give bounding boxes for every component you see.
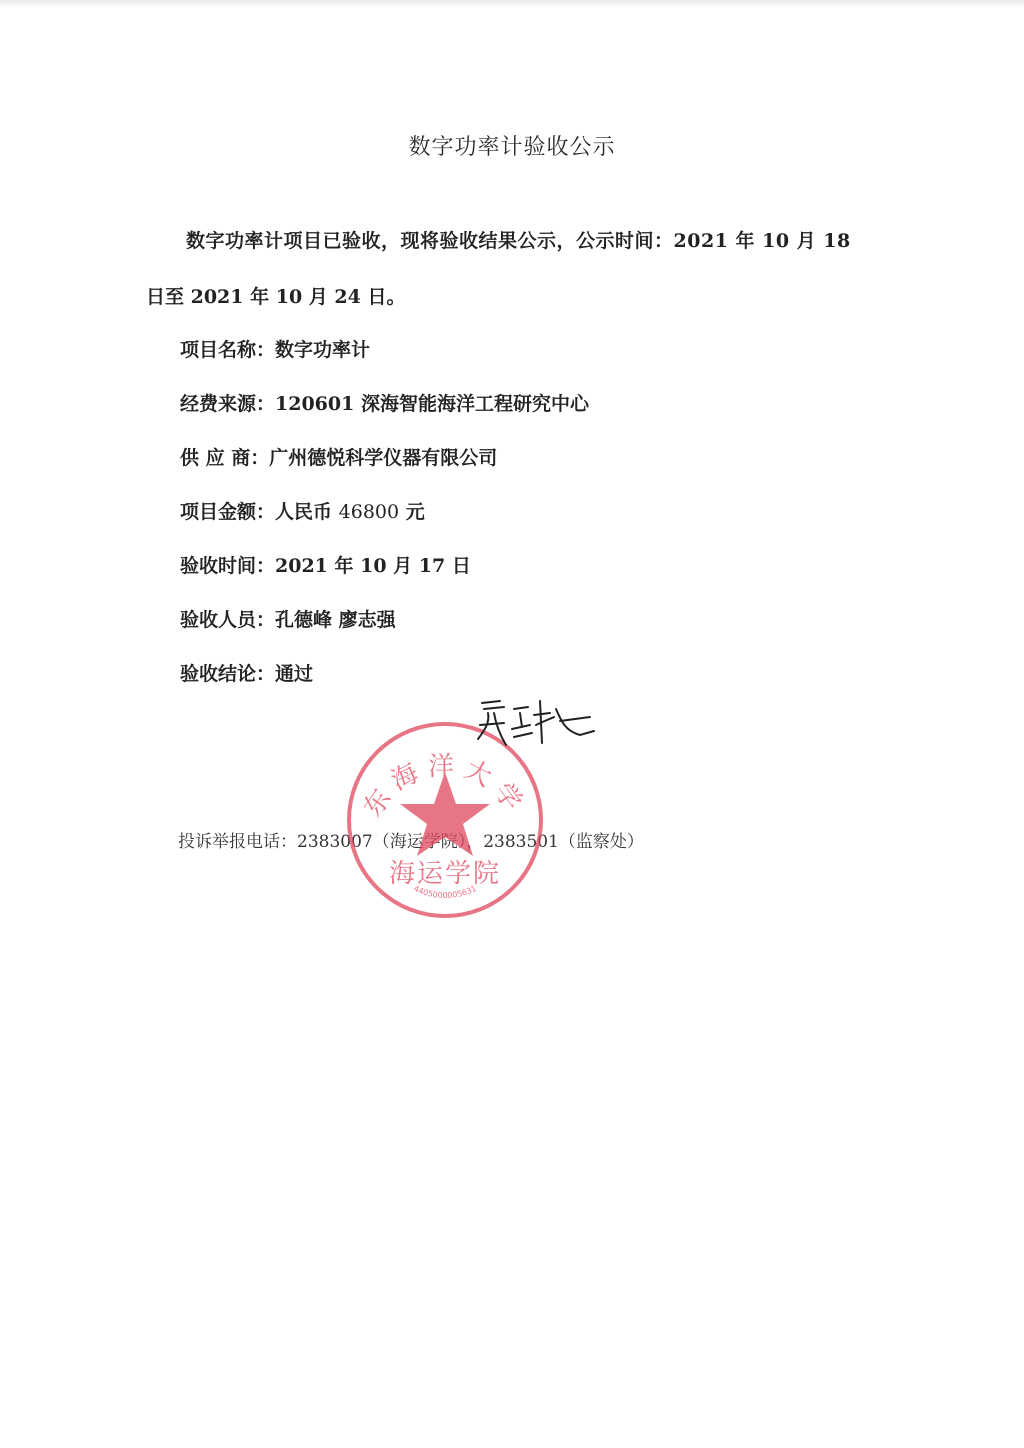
svg-text:海运学院: 海运学院 [389,859,501,889]
handwritten-signature-icon [470,695,600,755]
field-label: 验收人员： [180,609,275,631]
field-label: 验收时间： [180,555,275,577]
field-value-number: 46800 [339,501,399,523]
field-funding-source: 经费来源：120601 深海智能海洋工程研究中心 [180,389,589,416]
field-label: 经费来源： [180,393,275,415]
field-value-prefix: 人民币 [275,501,339,523]
field-acceptance-date: 验收时间：2021 年 10 月 17 日 [180,551,471,578]
field-label: 供 应 商： [180,447,269,469]
field-value: 通过 [275,663,313,685]
field-label: 项目名称： [180,339,275,361]
field-value: 2021 年 10 月 17 日 [275,555,471,577]
field-acceptance-conclusion: 验收结论：通过 [180,659,313,686]
field-value: 数字功率计 [275,339,370,361]
scan-edge [0,0,1024,8]
field-value: 120601 深海智能海洋工程研究中心 [275,393,589,415]
document-title: 数字功率计验收公示 [0,130,1024,161]
field-supplier: 供 应 商：广州德悦科学仪器有限公司 [180,443,497,470]
field-value: 孔德峰 廖志强 [275,609,396,631]
field-amount: 项目金额：人民币 46800 元 [180,497,425,524]
field-label: 验收结论： [180,663,275,685]
intro-paragraph-line-2: 日至 2021 年 10 月 24 日。 [146,282,405,309]
intro-paragraph-line-1: 数字功率计项目已验收，现将验收结果公示，公示时间：2021 年 10 月 18 [186,226,851,253]
field-project-name: 项目名称：数字功率计 [180,335,370,362]
field-label: 项目金额： [180,501,275,523]
field-acceptance-personnel: 验收人员：孔德峰 廖志强 [180,605,396,632]
field-value-suffix: 元 [399,501,425,523]
field-value: 广州德悦科学仪器有限公司 [269,447,497,469]
